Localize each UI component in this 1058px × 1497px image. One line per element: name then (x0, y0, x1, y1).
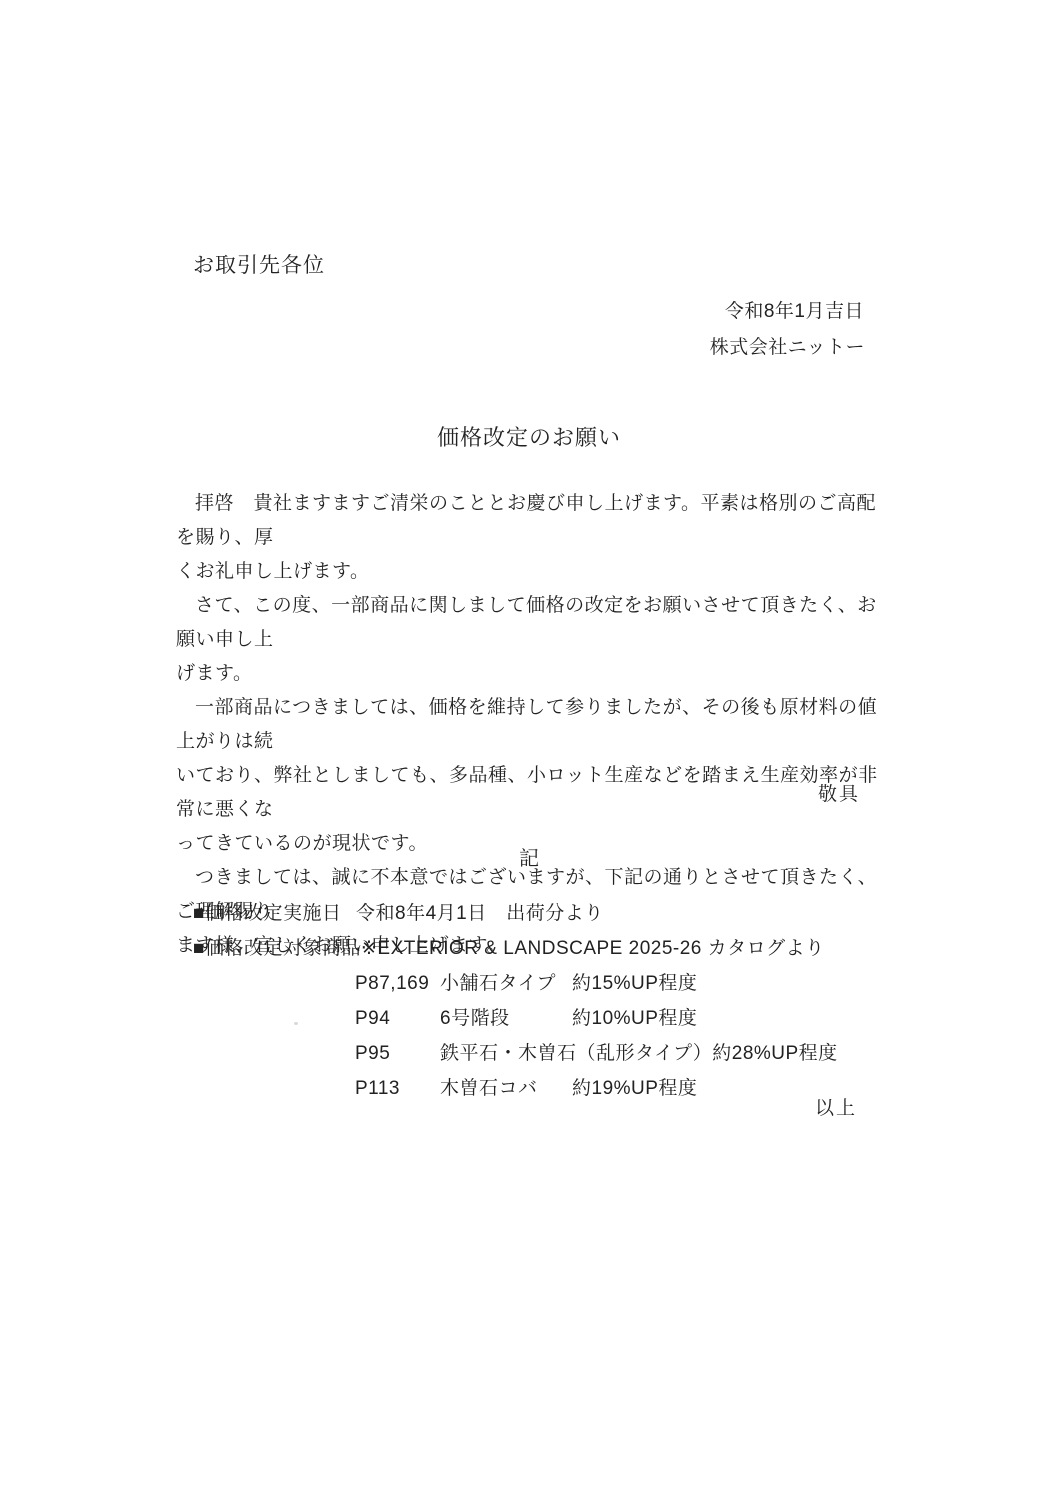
product-page-ref: P95 (355, 1036, 440, 1071)
detail-row-target-products: ■価格改定対象商品 ※EXTERIOR & LANDSCAPE 2025-26 … (193, 931, 893, 966)
date-line: 令和8年1月吉日 (725, 296, 864, 323)
product-page-ref: P87,169 (355, 966, 440, 1001)
recipient-line: お取引先各位 (193, 249, 325, 279)
record-marker-ki: 記 (0, 842, 1058, 871)
letter-body: 拝啓 貴社ますますご清栄のこととお慶び申し上げます。平素は格別のご高配を賜り、厚… (176, 487, 886, 963)
product-row: P95 鉄平石・木曽石（乱形タイプ） 約28%UP程度 (355, 1036, 893, 1071)
product-page-ref: P94 (355, 1001, 440, 1036)
effective-date-value: 令和8年4月1日 出荷分より (356, 896, 604, 931)
product-rate: 約10%UP程度 (572, 1001, 697, 1036)
product-page-ref: P113 (355, 1071, 440, 1106)
body-paragraph-greeting: 拝啓 貴社ますますご清栄のこととお慶び申し上げます。平素は格別のご高配を賜り、厚… (176, 487, 886, 589)
detail-row-effective-date: ■価格改定実施日 令和8年4月1日 出荷分より (193, 896, 893, 931)
product-rate: 約19%UP程度 (572, 1071, 697, 1106)
product-name: 鉄平石・木曽石（乱形タイプ） (440, 1036, 712, 1071)
target-products-label: ■価格改定対象商品 (193, 931, 361, 966)
document-title: 価格改定のお願い (0, 421, 1058, 452)
product-rate: 約15%UP程度 (572, 966, 697, 1001)
product-name: 6号階段 (440, 1001, 572, 1036)
scanned-letter-page: お取引先各位 令和8年1月吉日 株式会社ニットー 価格改定のお願い 拝啓 貴社ま… (0, 0, 1058, 1497)
closing-keigu: 敬具 (818, 779, 860, 806)
body-paragraph-request: さて、この度、一部商品に関しまして価格の改定をお願いさせて頂きたく、お願い申し上… (176, 589, 886, 691)
product-row: P87,169 小舗石タイプ 約15%UP程度 (355, 966, 893, 1001)
product-row: P94 6号階段 約10%UP程度 (355, 1001, 893, 1036)
target-products-value: ※EXTERIOR & LANDSCAPE 2025-26 カタログより (361, 931, 825, 966)
product-rate: 約28%UP程度 (712, 1036, 837, 1071)
scan-artifact-dot (294, 1022, 298, 1025)
product-name: 小舗石タイプ (440, 966, 572, 1001)
body-paragraph-reason: 一部商品につきましては、価格を維持して参りましたが、その後も原材料の値上がりは続… (176, 691, 886, 861)
effective-date-label: ■価格改定実施日 (193, 896, 356, 931)
product-row: P113 木曽石コバ 約19%UP程度 (355, 1071, 893, 1106)
end-marker-ijou: 以上 (815, 1093, 857, 1120)
product-name: 木曽石コバ (440, 1071, 572, 1106)
revision-details: ■価格改定実施日 令和8年4月1日 出荷分より ■価格改定対象商品 ※EXTER… (193, 896, 893, 1106)
sender-company-line: 株式会社ニットー (710, 332, 865, 359)
